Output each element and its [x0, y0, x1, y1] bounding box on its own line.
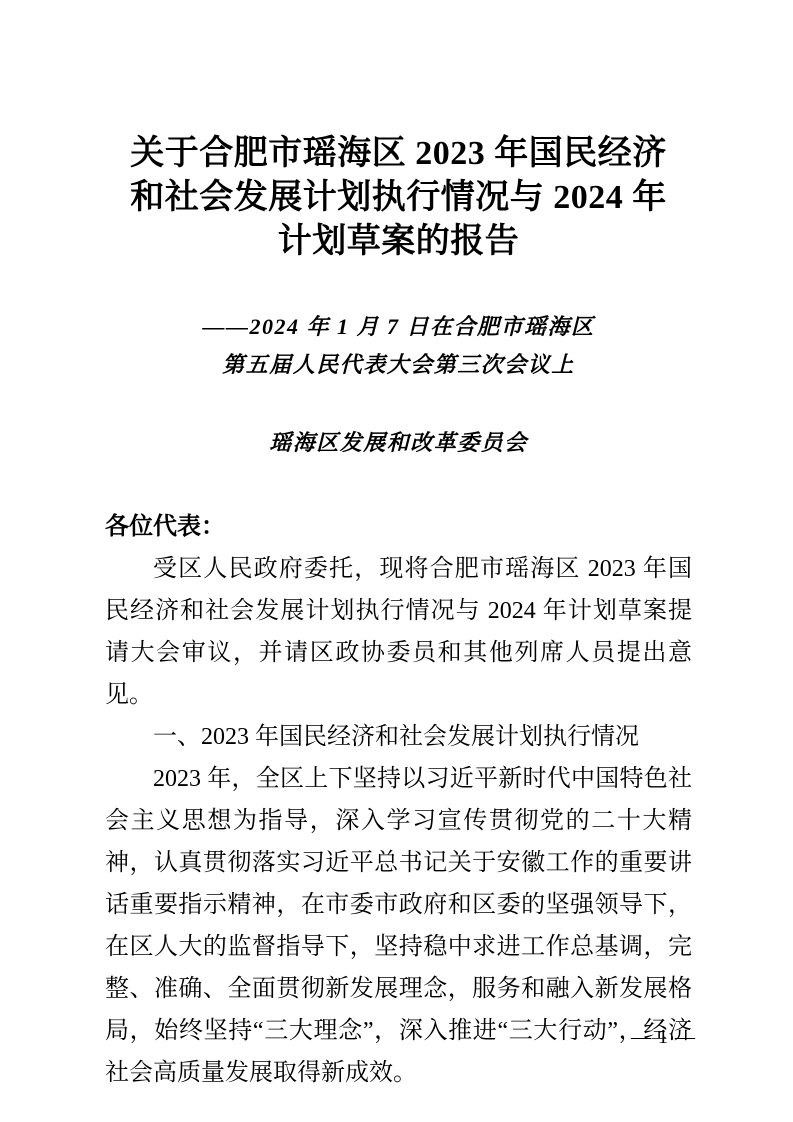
page-number: — 1 — — [631, 1026, 696, 1048]
paragraph-body: 2023 年，全区上下坚持以习近平新时代中国特色社会主义思想为指导，深入学习宣传… — [105, 758, 692, 1094]
section-heading: 一、2023 年国民经济和社会发展计划执行情况 — [105, 716, 692, 758]
document-title: 关于合肥市瑶海区 2023 年国民经济 和社会发展计划执行情况与 2024 年 … — [105, 132, 692, 264]
subtitle-line-2: 第五届人民代表大会第三次会议上 — [105, 346, 692, 384]
subtitle-line-1: ——2024 年 1 月 7 日在合肥市瑶海区 — [105, 308, 692, 346]
title-line-1: 关于合肥市瑶海区 2023 年国民经济 — [105, 132, 692, 176]
document-content: 关于合肥市瑶海区 2023 年国民经济 和社会发展计划执行情况与 2024 年 … — [0, 0, 793, 1094]
title-line-3: 计划草案的报告 — [105, 220, 692, 264]
title-line-2: 和社会发展计划执行情况与 2024 年 — [105, 176, 692, 220]
document-subtitle: ——2024 年 1 月 7 日在合肥市瑶海区 第五届人民代表大会第三次会议上 — [105, 308, 692, 384]
document-body: 各位代表： 受区人民政府委托，现将合肥市瑶海区 2023 年国民经济和社会发展计… — [105, 506, 692, 1094]
document-page: 关于合肥市瑶海区 2023 年国民经济 和社会发展计划执行情况与 2024 年 … — [0, 0, 793, 1122]
document-author: 瑶海区发展和改革委员会 — [105, 424, 692, 462]
salutation: 各位代表： — [105, 506, 692, 548]
paragraph-intro: 受区人民政府委托，现将合肥市瑶海区 2023 年国民经济和社会发展计划执行情况与… — [105, 548, 692, 716]
